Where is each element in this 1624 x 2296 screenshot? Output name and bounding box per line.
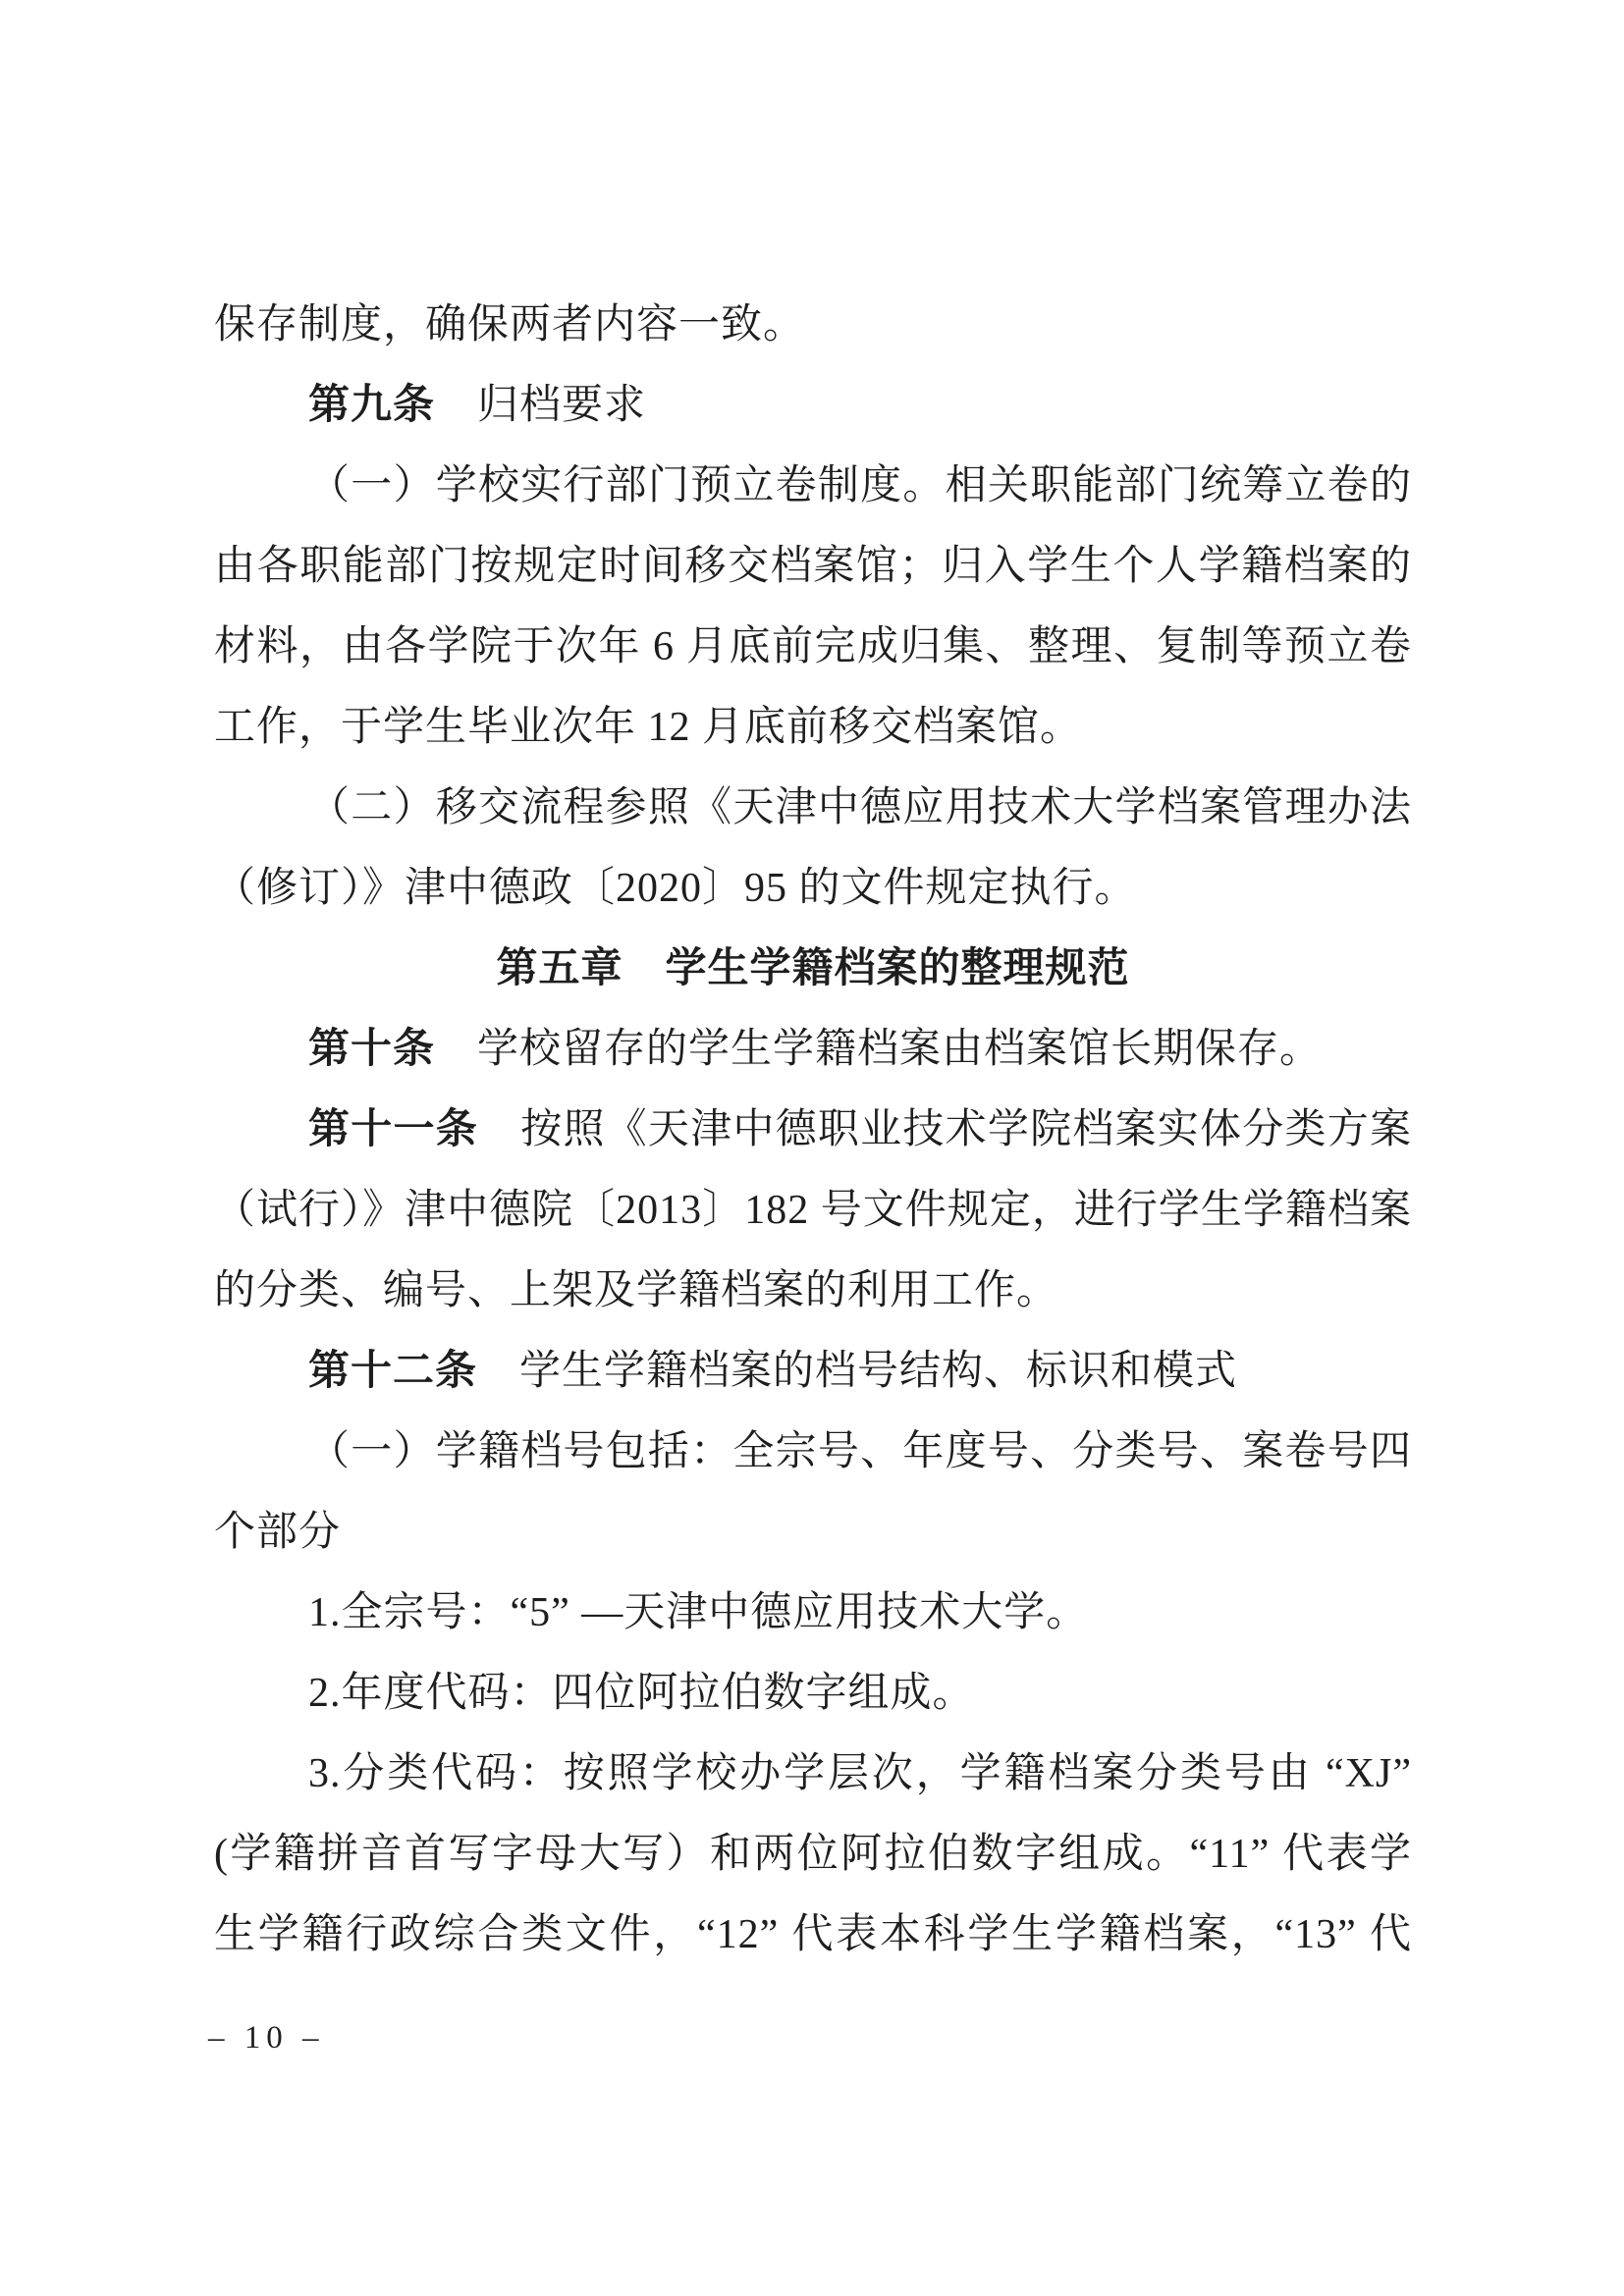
doc-line-item-1: 1.全宗号：“5” —天津中德应用技术大学。 bbox=[214, 1573, 1412, 1653]
doc-line-article-9: 第九条 归档要求 bbox=[214, 365, 1412, 446]
line-text: 学生学籍档案的档号结构、标识和模式 bbox=[477, 1349, 1237, 1394]
line-text: 生学籍行政综合类文件，“12” 代表本科学生学籍档案，“13” 代 bbox=[214, 1912, 1412, 1957]
line-bold-prefix: 第十一条 bbox=[308, 1107, 478, 1152]
line-bold-prefix: 第十二条 bbox=[308, 1349, 477, 1394]
doc-line: (学籍拼音首写字母大写）和两位阿拉伯数字组成。“11” 代表学 bbox=[214, 1814, 1412, 1895]
doc-line-item-3: 3.分类代码：按照学校办学层次，学籍档案分类号由 “XJ” bbox=[214, 1734, 1412, 1814]
line-text: （一）学籍档号包括：全宗号、年度号、分类号、案卷号四 bbox=[308, 1429, 1412, 1474]
line-text: 2.年度代码：四位阿拉伯数字组成。 bbox=[308, 1671, 975, 1716]
line-text: 按照《天津中德职业技术学院档案实体分类方案 bbox=[478, 1107, 1412, 1152]
doc-line: 工作，于学生毕业次年 12 月底前移交档案馆。 bbox=[214, 687, 1412, 768]
line-text: （二）移交流程参照《天津中德应用技术大学档案管理办法 bbox=[308, 785, 1412, 830]
chapter-heading: 第五章 学生学籍档案的整理规范 bbox=[214, 929, 1412, 1009]
line-bold-prefix: 第十条 bbox=[308, 1027, 435, 1072]
document-body: 保存制度，确保两者内容一致。 第九条 归档要求 （一）学校实行部门预立卷制度。相… bbox=[214, 285, 1412, 1975]
doc-line: （修订）》津中德政〔2020〕95 的文件规定执行。 bbox=[214, 848, 1412, 929]
line-text: 个部分 bbox=[214, 1510, 341, 1555]
doc-line: （一）学校实行部门预立卷制度。相关职能部门统筹立卷的 bbox=[214, 446, 1412, 526]
line-text: 学校留存的学生学籍档案由档案馆长期保存。 bbox=[435, 1027, 1322, 1072]
line-text: 由各职能部门按规定时间移交档案馆；归入学生个人学籍档案的 bbox=[214, 544, 1412, 589]
doc-line: （试行）》津中德院〔2013〕182 号文件规定，进行学生学籍档案 bbox=[214, 1170, 1412, 1251]
line-bold-prefix: 第九条 bbox=[308, 383, 435, 428]
line-text: 工作，于学生毕业次年 12 月底前移交档案馆。 bbox=[214, 705, 1082, 750]
line-text: 1.全宗号：“5” —天津中德应用技术大学。 bbox=[308, 1590, 1088, 1635]
doc-line-article-11: 第十一条 按照《天津中德职业技术学院档案实体分类方案 bbox=[214, 1090, 1412, 1170]
doc-line-article-12: 第十二条 学生学籍档案的档号结构、标识和模式 bbox=[214, 1331, 1412, 1412]
document-page: 保存制度，确保两者内容一致。 第九条 归档要求 （一）学校实行部门预立卷制度。相… bbox=[0, 0, 1624, 2296]
doc-line: 保存制度，确保两者内容一致。 bbox=[214, 285, 1412, 365]
chapter-heading-text: 第五章 学生学籍档案的整理规范 bbox=[496, 946, 1129, 991]
doc-line: 由各职能部门按规定时间移交档案馆；归入学生个人学籍档案的 bbox=[214, 526, 1412, 607]
doc-line: 生学籍行政综合类文件，“12” 代表本科学生学籍档案，“13” 代 bbox=[214, 1895, 1412, 1975]
doc-line: （一）学籍档号包括：全宗号、年度号、分类号、案卷号四 bbox=[214, 1412, 1412, 1492]
line-text: （一）学校实行部门预立卷制度。相关职能部门统筹立卷的 bbox=[308, 463, 1412, 508]
line-text: (学籍拼音首写字母大写）和两位阿拉伯数字组成。“11” 代表学 bbox=[214, 1832, 1412, 1877]
line-text: （修订）》津中德政〔2020〕95 的文件规定执行。 bbox=[214, 866, 1137, 911]
doc-line: 材料，由各学院于次年 6 月底前完成归集、整理、复制等预立卷 bbox=[214, 607, 1412, 687]
line-text: 的分类、编号、上架及学籍档案的利用工作。 bbox=[214, 1268, 1058, 1313]
doc-line: 的分类、编号、上架及学籍档案的利用工作。 bbox=[214, 1251, 1412, 1331]
doc-line-article-10: 第十条 学校留存的学生学籍档案由档案馆长期保存。 bbox=[214, 1009, 1412, 1090]
line-text: （试行）》津中德院〔2013〕182 号文件规定，进行学生学籍档案 bbox=[214, 1188, 1412, 1233]
doc-line-item-2: 2.年度代码：四位阿拉伯数字组成。 bbox=[214, 1653, 1412, 1734]
page-number: – 10 – bbox=[208, 2008, 325, 2067]
doc-line: 个部分 bbox=[214, 1492, 1412, 1573]
line-text: 归档要求 bbox=[435, 383, 646, 428]
line-text: 保存制度，确保两者内容一致。 bbox=[214, 302, 805, 347]
line-text: 3.分类代码：按照学校办学层次，学籍档案分类号由 “XJ” bbox=[308, 1751, 1412, 1796]
doc-line: （二）移交流程参照《天津中德应用技术大学档案管理办法 bbox=[214, 768, 1412, 848]
line-text: 材料，由各学院于次年 6 月底前完成归集、整理、复制等预立卷 bbox=[214, 624, 1412, 669]
